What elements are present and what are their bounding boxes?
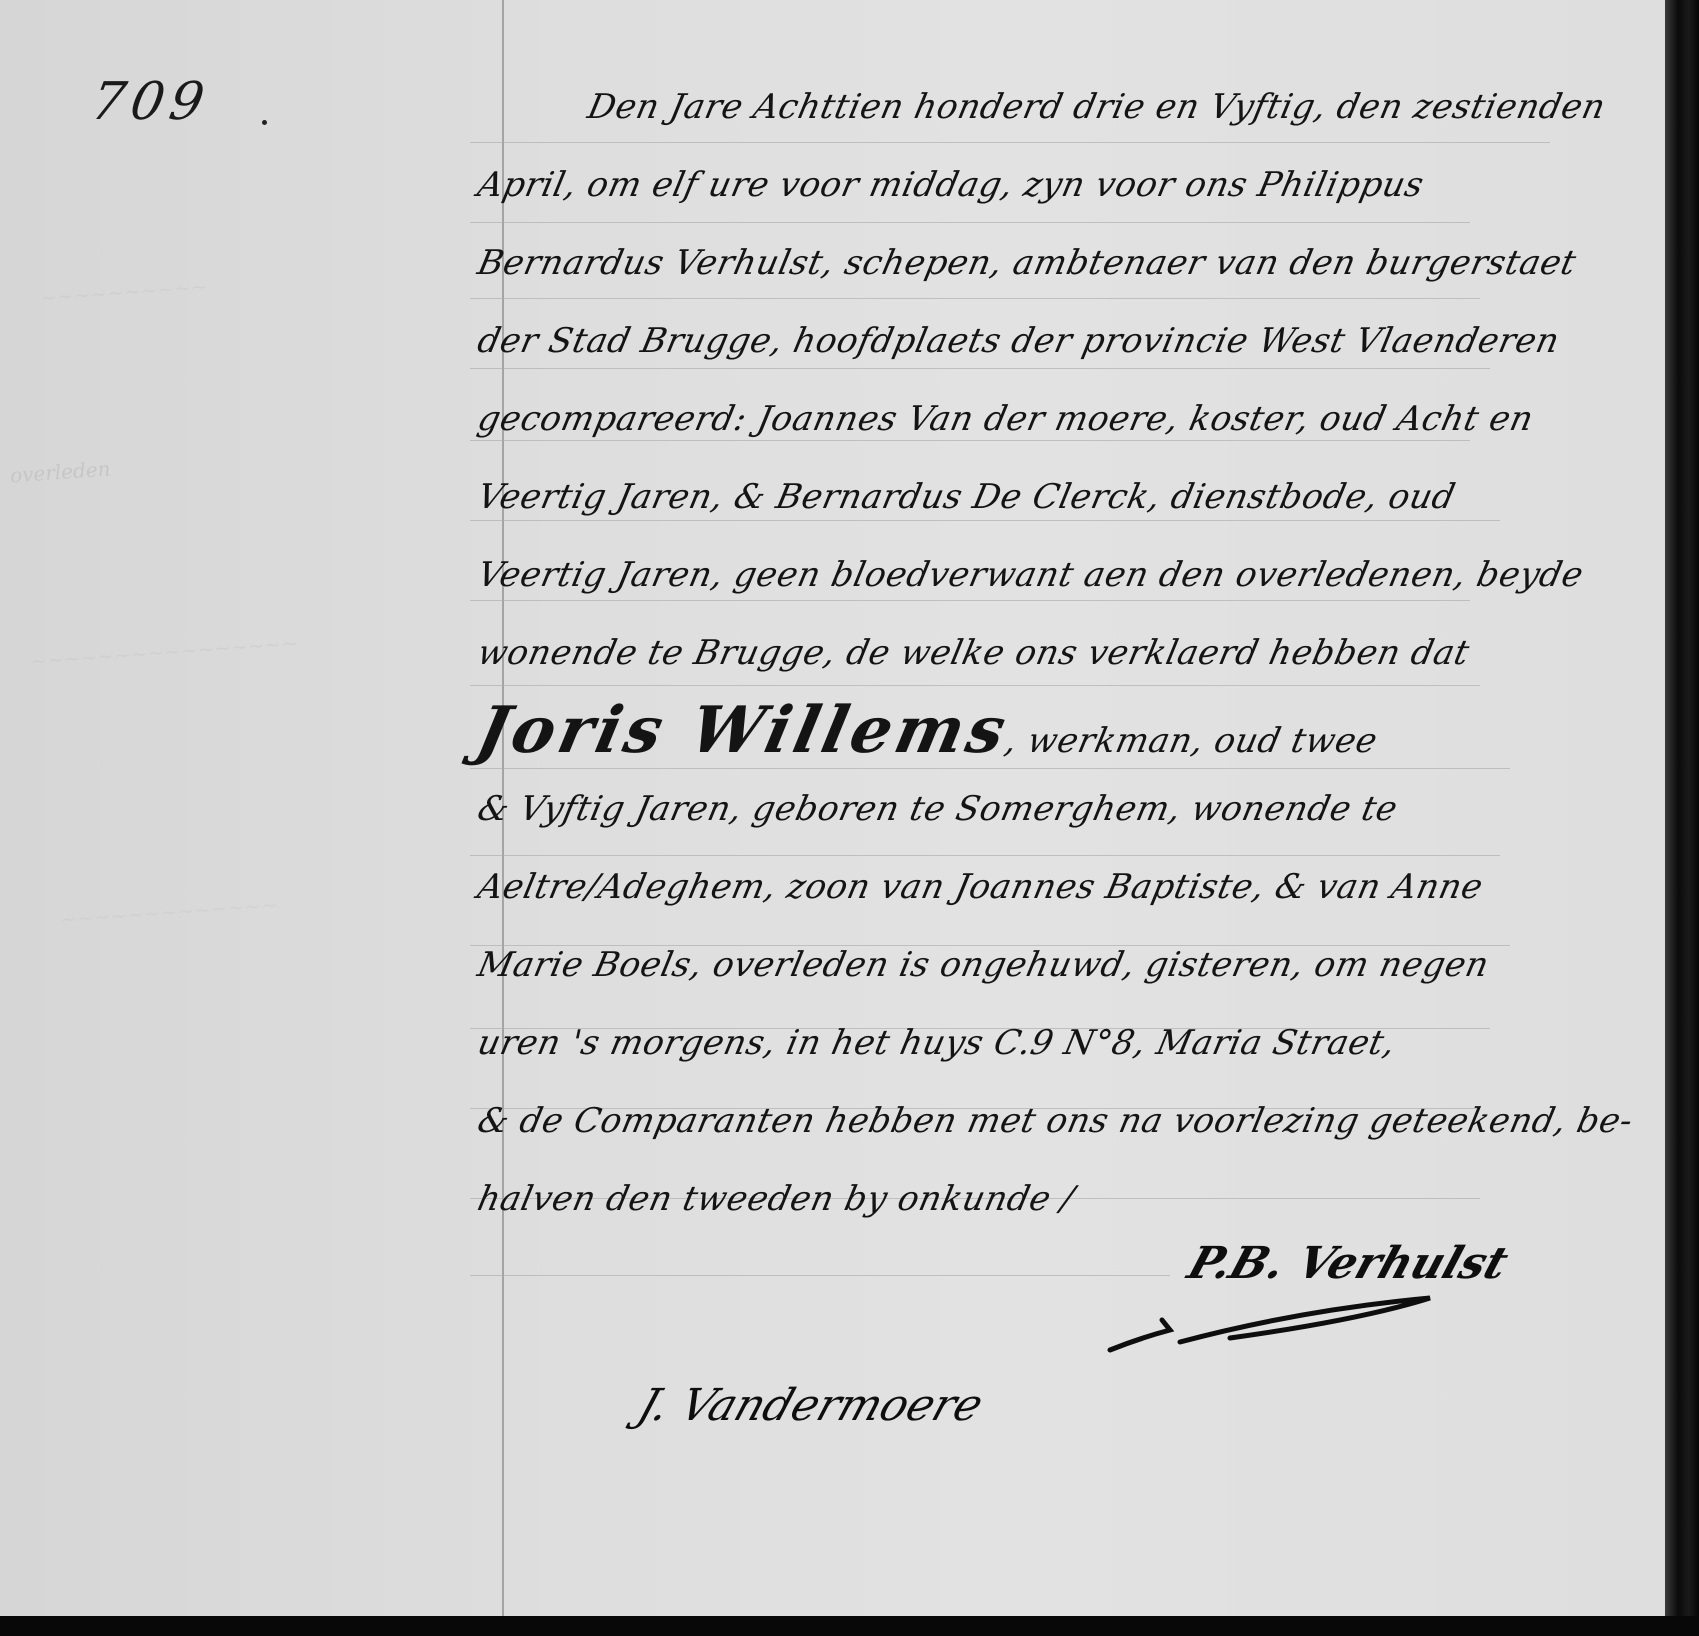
ruled-line [470,1275,1170,1276]
deceased-name-line: Joris Willems, werkman, oud twee [470,692,1617,770]
ink-dot [262,120,267,125]
record-line: uren 's morgens, in het huys C.9 N°8, Ma… [470,1004,1617,1082]
official-signature: P.B. Verhulst [1182,1238,1515,1289]
record-line: Veertig Jaren, & Bernardus De Clerck, di… [470,458,1617,536]
witness-signature: J. Vandermoere [632,1380,990,1431]
entry-number: 709 [87,72,215,132]
record-line: Marie Boels, overleden is ongehuwd, gist… [470,926,1617,1004]
record-line: & Vyftig Jaren, geboren te Somerghem, wo… [470,770,1617,848]
signature-flourish [1100,1290,1460,1360]
record-line: der Stad Brugge, hoofdplaets der provinc… [470,302,1617,380]
record-line: Den Jare Achttien honderd drie en Vyftig… [470,68,1617,146]
record-line: & de Comparanten hebben met ons na voorl… [470,1082,1617,1160]
register-page: overleden ~~~~~~~~~~ ~~~~~~~~~~~~~~~~ ~~… [0,0,1668,1618]
record-text: Den Jare Achttien honderd drie en Vyftig… [470,68,1600,1238]
record-line: Aeltre/Adeghem, zoon van Joannes Baptist… [470,848,1617,926]
record-line: Veertig Jaren, geen bloedverwant aen den… [470,536,1617,614]
record-line: gecompareerd: Joannes Van der moere, kos… [470,380,1617,458]
record-line: Bernardus Verhulst, schepen, ambtenaer v… [470,224,1617,302]
scan-bottom-edge [0,1616,1699,1636]
record-line: halven den tweeden by onkunde / [470,1160,1617,1238]
record-line: , werkman, oud twee [1001,721,1381,761]
book-binding-edge [1665,0,1699,1636]
bleed-through-text: overleden [9,457,111,488]
record-line: wonende te Brugge, de welke ons verklaer… [470,614,1617,692]
deceased-name: Joris Willems [470,693,1015,768]
record-line: April, om elf ure voor middag, zyn voor … [470,146,1617,224]
